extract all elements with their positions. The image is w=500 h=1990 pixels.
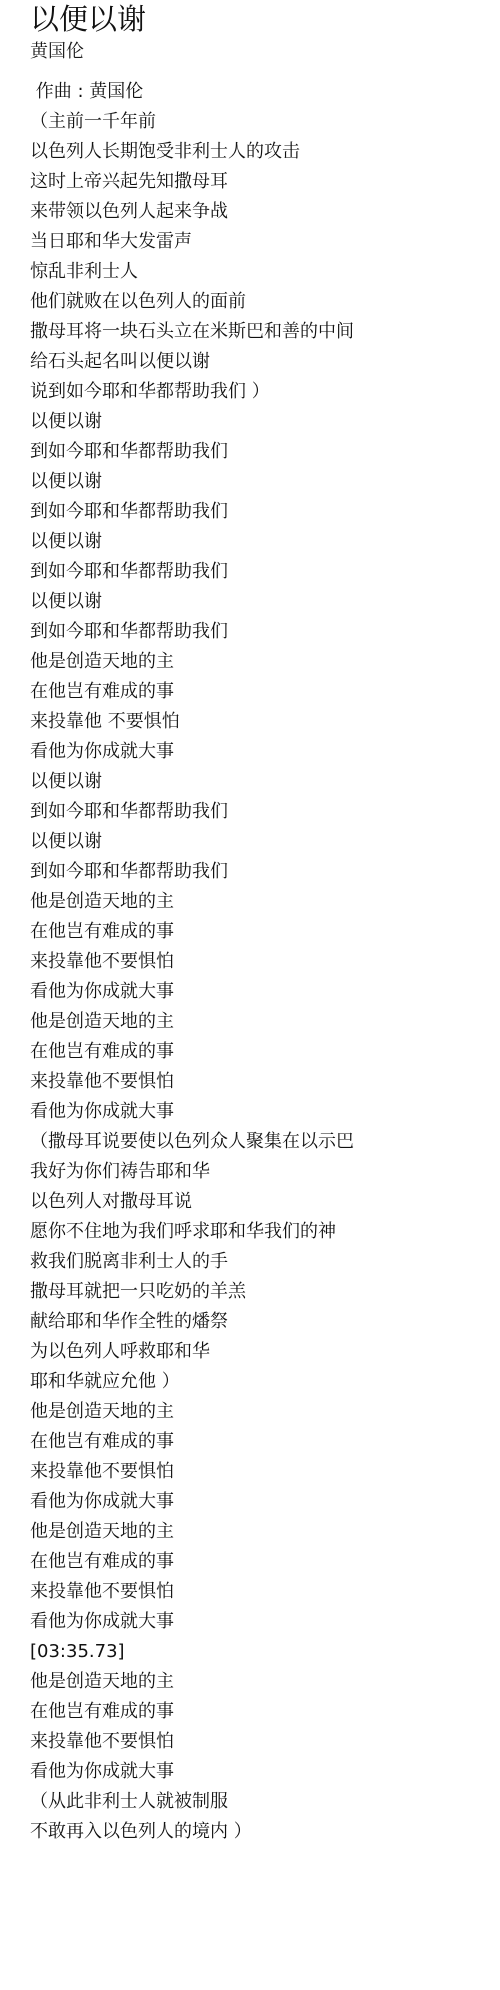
lyric-line: 献给耶和华作全牲的燔祭 <box>30 1307 500 1337</box>
lyric-line: 在他岂有难成的事 <box>30 1037 500 1067</box>
lyric-line: （主前一千年前 <box>30 107 500 137</box>
lyric-line: 以便以谢 <box>30 407 500 437</box>
lyric-line: 以便以谢 <box>30 827 500 857</box>
lyric-line: 他是创造天地的主 <box>30 1397 500 1427</box>
lyric-line: 到如今耶和华都帮助我们 <box>30 497 500 527</box>
lyric-line: （从此非利士人就被制服 <box>30 1787 500 1817</box>
song-artist: 黄国伦 <box>30 40 500 64</box>
lyric-line: 惊乱非利士人 <box>30 257 500 287</box>
lyric-line: 救我们脱离非利士人的手 <box>30 1247 500 1277</box>
lyrics-list: 作曲 : 黄国伦（主前一千年前以色列人长期饱受非利士人的攻击这时上帝兴起先知撒母… <box>30 77 500 1847</box>
lyric-line: 到如今耶和华都帮助我们 <box>30 797 500 827</box>
lyric-line: 给石头起名叫以便以谢 <box>30 347 500 377</box>
song-title: 以便以谢 <box>30 2 500 36</box>
lyric-line: 不敢再入以色列人的境内 ） <box>30 1817 500 1847</box>
lyric-line: 以便以谢 <box>30 527 500 557</box>
lyric-line: （撒母耳说要使以色列众人聚集在以示巴 <box>30 1127 500 1157</box>
lyric-line: 当日耶和华大发雷声 <box>30 227 500 257</box>
lyric-line: 他们就败在以色列人的面前 <box>30 287 500 317</box>
lyric-line: 他是创造天地的主 <box>30 647 500 677</box>
lyrics-page: 以便以谢 黄国伦 作曲 : 黄国伦（主前一千年前以色列人长期饱受非利士人的攻击这… <box>0 2 500 1847</box>
lyric-line: 来投靠他不要惧怕 <box>30 1577 500 1607</box>
lyric-line: 撒母耳将一块石头立在米斯巴和善的中间 <box>30 317 500 347</box>
lyric-line: 愿你不住地为我们呼求耶和华我们的神 <box>30 1217 500 1247</box>
lyric-line: 他是创造天地的主 <box>30 1517 500 1547</box>
lyric-line: 以色列人长期饱受非利士人的攻击 <box>30 137 500 167</box>
lyric-line: 以色列人对撒母耳说 <box>30 1187 500 1217</box>
lyric-line: 看他为你成就大事 <box>30 1097 500 1127</box>
lyric-line: 他是创造天地的主 <box>30 1007 500 1037</box>
lyric-line: 到如今耶和华都帮助我们 <box>30 617 500 647</box>
lyric-line: 在他岂有难成的事 <box>30 677 500 707</box>
lyric-line: 他是创造天地的主 <box>30 1667 500 1697</box>
lyric-line: 他是创造天地的主 <box>30 887 500 917</box>
lyric-line: 来投靠他不要惧怕 <box>30 947 500 977</box>
lyric-line: 耶和华就应允他 ） <box>30 1367 500 1397</box>
lyric-line: 我好为你们祷告耶和华 <box>30 1157 500 1187</box>
lyric-line: 看他为你成就大事 <box>30 1607 500 1637</box>
lyric-line: 来投靠他 不要惧怕 <box>30 707 500 737</box>
lyric-line: 看他为你成就大事 <box>30 737 500 767</box>
lyric-line: 到如今耶和华都帮助我们 <box>30 857 500 887</box>
lyric-line: 到如今耶和华都帮助我们 <box>30 437 500 467</box>
lyric-line: 来投靠他不要惧怕 <box>30 1727 500 1757</box>
lyric-line: 来带领以色列人起来争战 <box>30 197 500 227</box>
lyric-line: 在他岂有难成的事 <box>30 1427 500 1457</box>
lyric-line: 到如今耶和华都帮助我们 <box>30 557 500 587</box>
lyric-line: 说到如今耶和华都帮助我们 ） <box>30 377 500 407</box>
lyric-line: 来投靠他不要惧怕 <box>30 1067 500 1097</box>
lyric-line: 在他岂有难成的事 <box>30 917 500 947</box>
lyric-line: 为以色列人呼救耶和华 <box>30 1337 500 1367</box>
lyric-line: 以便以谢 <box>30 467 500 497</box>
lyric-line: 看他为你成就大事 <box>30 1757 500 1787</box>
lyric-line: 作曲 : 黄国伦 <box>30 77 500 107</box>
lyric-line: 以便以谢 <box>30 767 500 797</box>
lyric-line: 撒母耳就把一只吃奶的羊羔 <box>30 1277 500 1307</box>
lyric-line: 以便以谢 <box>30 587 500 617</box>
lyric-line: 来投靠他不要惧怕 <box>30 1457 500 1487</box>
lyric-line: 看他为你成就大事 <box>30 1487 500 1517</box>
lyric-line: 这时上帝兴起先知撒母耳 <box>30 167 500 197</box>
lyric-line: 在他岂有难成的事 <box>30 1547 500 1577</box>
lyric-line: 在他岂有难成的事 <box>30 1697 500 1727</box>
lyric-line: [03:35.73] <box>30 1637 500 1667</box>
lyric-line: 看他为你成就大事 <box>30 977 500 1007</box>
